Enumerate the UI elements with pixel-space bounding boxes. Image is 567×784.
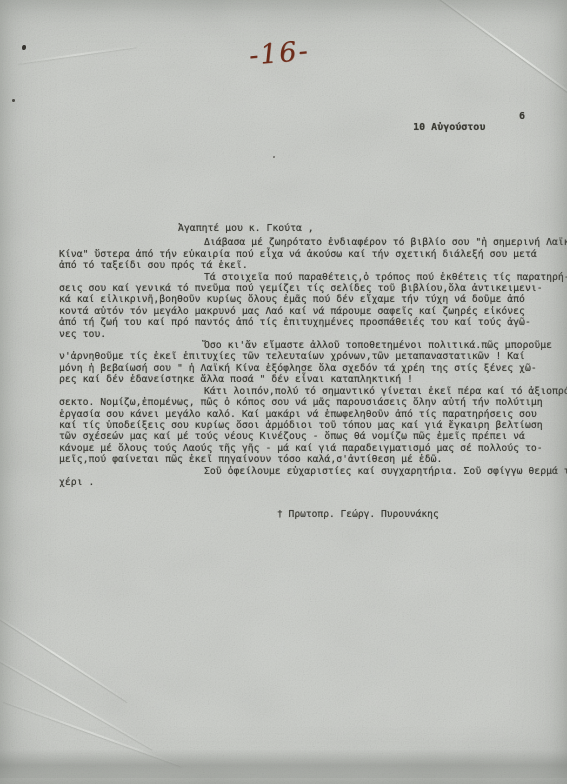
letter-line: Κάτι λοιπόν,πολύ τό σημαντικό γίνεται ἐκ… xyxy=(59,386,561,397)
letter-line: ἀπό τό ταξείδι σου πρός τά ἐκεῖ. xyxy=(59,260,561,271)
paper-edge-shadow xyxy=(0,750,567,778)
letter-line: Κίνα" ὕστερα ἀπό τήν εὐκαιρία πού εἶχα ν… xyxy=(59,249,561,260)
letter-line: καί τίς ὑποδείξεις σου κυρίως ὅσοι ἁρμόδ… xyxy=(59,420,561,431)
letter-line: κοντά αὐτόν τόν μεγάλο μακρυνό μας Λαό κ… xyxy=(59,306,561,317)
letter-line: ρες καί δέν ἐδανείστηκε ἄλλα ποσά " δέν … xyxy=(59,374,561,385)
letter-line: σεκτο. Νομίζω,ἑπομένως, πῶς ὁ κόπος σου … xyxy=(59,397,561,408)
paper-crease xyxy=(3,700,182,767)
sheet-number: 6 xyxy=(519,111,525,122)
ink-speck xyxy=(22,45,26,50)
letter-line: ἀπό τή ζωή του καί πρό παντός ἀπό τίς ἐπ… xyxy=(59,317,561,328)
paper-crease xyxy=(0,648,153,750)
ink-speck xyxy=(273,156,275,158)
letter-line: μεῖς,πού φαίνεται πῶς ἐκεῖ πηγαίνουν τόσ… xyxy=(59,454,561,465)
date-text: 10 Αὐγούστου xyxy=(413,122,485,133)
letter-line: ν'ἀρνηθοῦμε τίς ἐκεῖ ἐπιτυχίες τῶν τελευ… xyxy=(59,351,561,362)
paper-crease xyxy=(18,45,137,64)
handwritten-page-number: -16- xyxy=(248,35,311,71)
ink-speck xyxy=(12,99,15,102)
letter-line: κάνομε μέ ὅλους τούς Λαούς τῆς γῆς - μά … xyxy=(59,443,561,454)
paper-crease xyxy=(0,608,129,702)
scanned-letter-page: -16- 10 Αὐγούστου 6 Ἀγαπητέ μου κ. Γκούτ… xyxy=(0,0,567,784)
letter-body: Ἀγαπητέ μου κ. Γκούτα , Διάβασα μέ ζωηρό… xyxy=(59,223,561,488)
date-line: 10 Αὐγούστου 6 xyxy=(389,111,485,155)
letter-paragraph-lines: Διάβασα μέ ζωηρότατο ἐνδιαφέρον τό βιβλί… xyxy=(59,237,561,488)
letter-line: χέρι . xyxy=(59,477,561,488)
letter-line: νες του. xyxy=(59,329,561,340)
letter-line: Τά στοιχεῖα πού παραθέτεις,ὁ τρόπος πού … xyxy=(59,272,561,283)
letter-line: κά καί εἰλικρινῆ,βοηθοῦν κυρίως ὅλους ἐμ… xyxy=(59,294,561,305)
letter-line: τῶν σχέσεών μας καί μέ τούς νέους Κινέζο… xyxy=(59,431,561,442)
letter-line: Σοῦ ὀφείλουμε εὐχαριστίες καί συγχαρητήρ… xyxy=(59,466,561,477)
letter-line: σεις σου καί γενικά τό πνεῦμα πού γεμίζε… xyxy=(59,283,561,294)
paper-crease xyxy=(435,0,567,113)
letter-line: μόνη ἡ βεβαίωσή σου " ἡ Λαϊκή Κίνα ἐξόφλ… xyxy=(59,363,561,374)
letter-line: ἐργασία σου κάνει μεγάλο καλό. Καί μακάρ… xyxy=(59,409,561,420)
letter-line: Διάβασα μέ ζωηρότατο ἐνδιαφέρον τό βιβλί… xyxy=(59,237,561,248)
signature-line: † Πρωτοπρ. Γεώργ. Πυρουνάκης xyxy=(277,509,439,520)
letter-line: Ὅσο κι'ἄν εἴμαστε ἀλλοῦ τοποθετημένοι πο… xyxy=(59,340,561,351)
salutation: Ἀγαπητέ μου κ. Γκούτα , xyxy=(178,223,561,234)
